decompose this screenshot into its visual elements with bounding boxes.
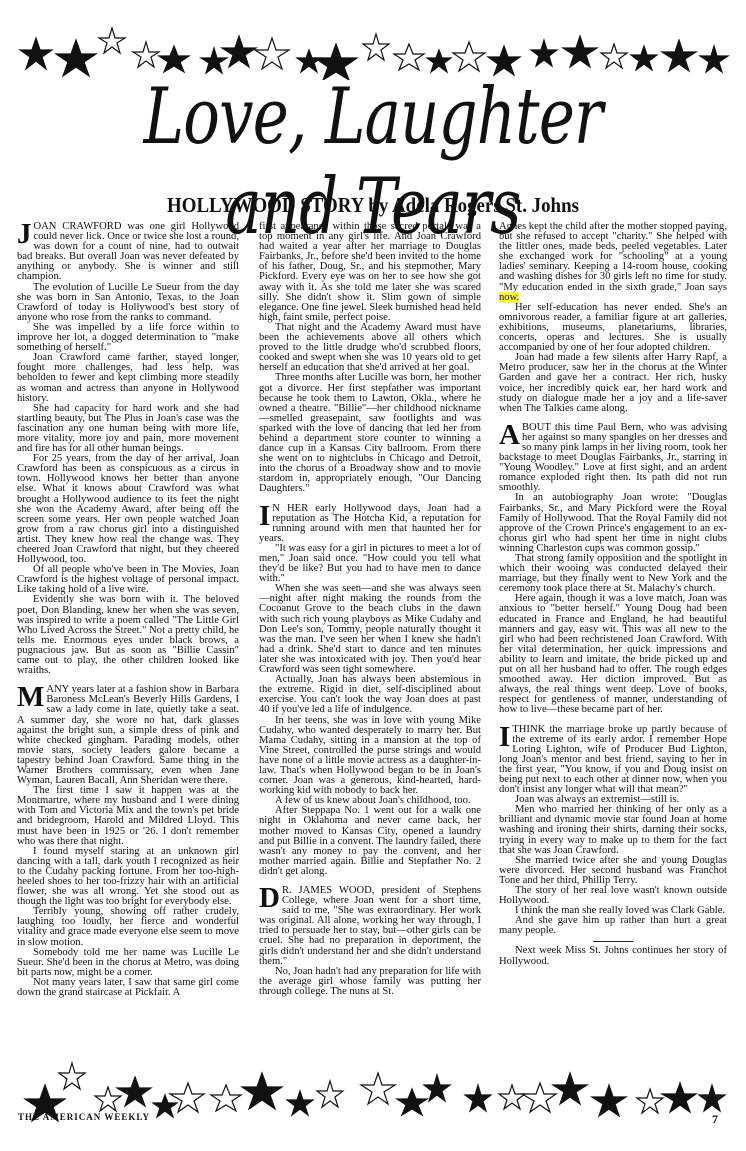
drop-cap: I (259, 505, 272, 527)
paragraph: Evidently she was born with it. The belo… (17, 595, 239, 676)
paragraph: Three months after Lucille was born, her… (259, 373, 481, 494)
paragraph: Terribly young, showing off rather crude… (17, 907, 239, 947)
section-paragraph: ITHINK the marriage broke up partly beca… (499, 725, 727, 796)
paragraph: Joan Crawford came farther, stayed longe… (17, 353, 239, 403)
drop-cap: A (499, 424, 522, 446)
paragraph: JOAN CRAWFORD was one girl Hollywood cou… (17, 222, 239, 283)
paragraph: first appearance within those sacred por… (259, 222, 481, 323)
page-number: 7 (712, 1112, 718, 1127)
paragraph: For 25 years, from the day of her arriva… (17, 454, 239, 565)
paragraph: She was impelled by a life force within … (17, 323, 239, 353)
article-column-1: JOAN CRAWFORD was one girl Hollywood cou… (17, 222, 239, 998)
paragraph: No, Joan hadn't had any preparation for … (259, 967, 481, 997)
section-paragraph: MANY years later at a fashion show in Ba… (17, 685, 239, 786)
paragraph: After Steppapa No. 1 went out for a walk… (259, 806, 481, 877)
continuation-note: Next week Miss St. Johns continues her s… (499, 946, 727, 966)
paragraph: She had capacity for hard work and she h… (17, 404, 239, 454)
paragraph: The first time I saw it happen was at th… (17, 786, 239, 847)
drop-cap: M (17, 686, 46, 708)
divider-rule (593, 941, 633, 942)
paragraph: In her teens, she was in love with young… (259, 716, 481, 797)
paragraph: When she was seen—and she was always see… (259, 584, 481, 675)
paragraph: Her self-education has never ended. She'… (499, 303, 727, 353)
paragraph: That strong family opposition and the sp… (499, 554, 727, 594)
paragraph: Actually, Joan has always been abstemiou… (259, 675, 481, 715)
paragraph: The story of her real love wasn't known … (499, 886, 727, 906)
paragraph: That night and the Academy Award must ha… (259, 323, 481, 373)
paragraph: Here again, though it was a love match, … (499, 594, 727, 715)
article-column-3: Agnes kept the child after the mother st… (499, 222, 727, 967)
paragraph: Somebody told me her name was Lucille Le… (17, 948, 239, 978)
paragraph: Of all people who've been in The Movies,… (17, 565, 239, 595)
drop-cap: I (499, 726, 512, 748)
section-paragraph: ABOUT this time Paul Bern, who was advis… (499, 423, 727, 494)
section-paragraph: IN HER early Hollywood days, Joan had a … (259, 504, 481, 544)
paragraph: Men who married her thinking of her only… (499, 805, 727, 855)
article-column-2: first appearance within those sacred por… (259, 222, 481, 997)
byline: HOLLYWOOD STORY by Adela Rogers St. John… (37, 193, 708, 218)
publication-name: THE AMERICAN WEEKLY (18, 1112, 150, 1122)
paragraph: "It was easy for a girl in pictures to m… (259, 544, 481, 584)
paragraph: The evolution of Lucille Le Sueur from t… (17, 283, 239, 323)
stars-border-top-decoration (14, 10, 734, 80)
drop-cap: J (17, 223, 34, 245)
section-paragraph: DR. JAMES WOOD, president of Stephens Co… (259, 886, 481, 967)
highlighted-text: now. (499, 292, 519, 303)
paragraph: And she gave him up rather than hurt a g… (499, 916, 727, 936)
paragraph: Agnes kept the child after the mother st… (499, 222, 727, 303)
paragraph: She married twice after she and young Do… (499, 856, 727, 886)
drop-cap: D (259, 887, 282, 909)
paragraph: I found myself staring at an unknown gir… (17, 847, 239, 908)
paragraph: In an autobiography Joan wrote: "Douglas… (499, 493, 727, 554)
paragraph: Joan had made a few silents after Harry … (499, 353, 727, 414)
paragraph: Not many years later, I saw that same gi… (17, 978, 239, 998)
